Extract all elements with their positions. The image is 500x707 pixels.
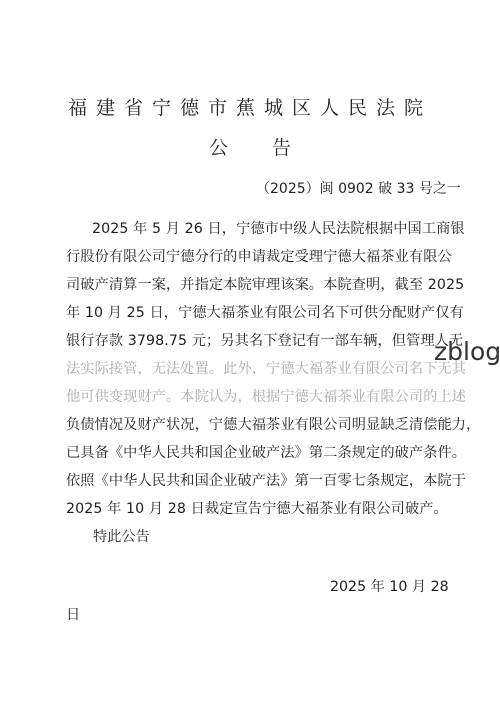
notice-title: 公告 xyxy=(0,133,500,160)
notice-title-char-1: 公 xyxy=(209,133,228,160)
body-line-7: 他可供变现财产。本院认为，根据宁德大福茶业有限公司的上述 xyxy=(66,386,466,406)
body-line-9: 已具备《中华人民共和国企业破产法》第二条规定的破产条件。 xyxy=(66,442,466,462)
body-line-2: 行股份有限公司宁德分行的申请裁定受理宁德大福茶业有限公 xyxy=(66,246,452,266)
body-line-5: 银行存款 3798.75 元；另其名下登记有一部车辆，但管理人无 xyxy=(66,330,463,350)
closing-text: 特此公告 xyxy=(93,526,150,546)
watermark-text: zblog xyxy=(434,337,500,366)
body-line-1: 2025 年 5 月 26 日，宁德市中级人民法院根据中国工商银 xyxy=(92,218,465,238)
case-number: （2025）闽 0902 破 33 号之一 xyxy=(256,178,496,198)
date-line-1: 2025 年 10 月 28 xyxy=(330,576,449,596)
body-line-8: 负债情况及财产状况，宁德大福茶业有限公司明显缺乏清偿能力， xyxy=(66,414,480,434)
body-line-10: 依照《中华人民共和国企业破产法》第一百零七条规定，本院于 xyxy=(66,470,466,490)
date-line-2: 日 xyxy=(66,604,80,624)
body-line-4: 年 10 月 25 日，宁德大福茶业有限公司名下可供分配财产仅有 xyxy=(66,302,464,322)
court-name-heading: 福建省宁德市蕉城区人民法院 xyxy=(0,93,500,120)
notice-page: 福建省宁德市蕉城区人民法院 公告 （2025）闽 0902 破 33 号之一 2… xyxy=(0,0,500,707)
body-line-6: 法实际接管，无法处置。此外，宁德大福茶业有限公司名下无其 xyxy=(66,358,466,378)
body-line-3: 司破产清算一案，并指定本院审理该案。本院查明，截至 2025 xyxy=(66,274,464,294)
notice-title-char-2: 告 xyxy=(272,133,291,160)
body-line-11: 2025 年 10 月 28 日裁定宣告宁德大福茶业有限公司破产。 xyxy=(66,498,448,518)
